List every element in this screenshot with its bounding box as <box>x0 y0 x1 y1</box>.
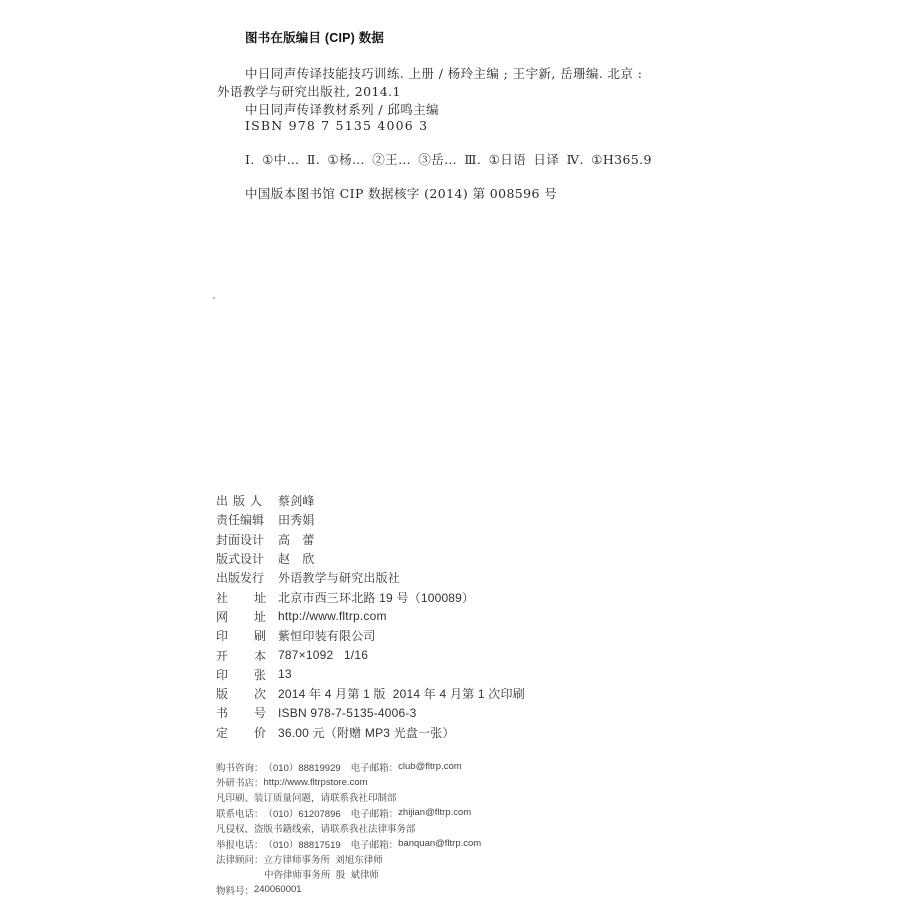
key-char: 张 <box>254 666 266 683</box>
cip-title: 图书在版编目 (CIP) 数据 <box>245 28 384 46</box>
key-char: 任 <box>228 511 240 528</box>
colophon-key: 版 式 设 计 <box>216 550 268 567</box>
colophon-value: ISBN 978-7-5135-4006-3 <box>278 706 417 720</box>
key-char: 开 <box>216 647 228 664</box>
contact-row-quality-contact: 联系电话： （010）61207896 电子邮箱： zhijian@fltrp.… <box>216 805 481 820</box>
key-char: 出 <box>216 492 228 509</box>
bookstore-url: http://www.fltrpstore.com <box>264 777 368 788</box>
key-char: 辑 <box>252 511 264 528</box>
contact-label: 电子邮箱： <box>351 837 399 851</box>
cip-line-title: 中日同声传译技能技巧训练. 上册 / 杨玲主编 ; 王宇新, 岳珊编. 北京 : <box>245 64 642 82</box>
contact-label: 物料号： <box>216 883 254 897</box>
colophon-key: 网 址 <box>216 608 266 625</box>
key-char: 址 <box>254 608 266 625</box>
colophon-table: 出 版 人 蔡剑峰 责 任 编 辑 田秀娟 封 面 设 计 <box>216 491 525 742</box>
colophon-value: 高 蕾 <box>278 531 315 548</box>
contact-row-legal: 法律顾问： 立方律师事务所 刘旭东律师 <box>216 851 481 866</box>
contact-label: 购书咨询： <box>216 760 264 774</box>
legal-counsel-2: 中咨律师事务所 殷 斌律师 <box>264 867 379 881</box>
colophon-row-cover-design: 封 面 设 计 高 蕾 <box>216 530 525 549</box>
colophon-value: http://www.fltrp.com <box>278 609 387 623</box>
colophon-row-format: 开 本 787×1092 1/16 <box>216 645 525 664</box>
contact-row-purchase: 购书咨询： （010）88819929 电子邮箱： club@fltrp.com <box>216 759 481 774</box>
piracy-notice: 凡侵权、盗版书籍线索，请联系我社法律事务部 <box>216 821 416 835</box>
colophon-value: 田秀娟 <box>278 511 315 528</box>
key-char: 书 <box>216 704 228 721</box>
key-char: 封 <box>216 531 228 548</box>
key-char: 责 <box>216 511 228 528</box>
colophon-row-website: 网 址 http://www.fltrp.com <box>216 607 525 626</box>
colophon-key: 封 面 设 计 <box>216 531 268 548</box>
cip-line-publisher: 外语教学与研究出版社, 2014.1 <box>217 82 401 100</box>
colophon-key: 定 价 <box>216 724 266 741</box>
colophon-key: 书 号 <box>216 704 266 721</box>
colophon-value: 36.00 元（附赠 MP3 光盘一张） <box>278 724 455 741</box>
key-char: 编 <box>240 511 252 528</box>
print-speck <box>213 297 215 299</box>
cip-line-series: 中日同声传译教材系列 / 邱鸣主编 <box>245 100 439 118</box>
contact-row-bookstore: 外研书店： http://www.fltrpstore.com <box>216 774 481 789</box>
key-char: 印 <box>216 666 228 683</box>
colophon-key: 印 张 <box>216 666 266 683</box>
colophon-value: 北京市西三环北路 19 号（100089） <box>278 589 474 606</box>
colophon-key: 印 刷 <box>216 627 266 644</box>
contact-label: 联系电话： <box>216 806 264 820</box>
colophon-value: 赵 欣 <box>278 550 315 567</box>
contact-row-quality-notice: 凡印刷、装订质量问题，请联系我社印制部 <box>216 790 481 805</box>
quality-email: zhijian@fltrp.com <box>398 807 471 818</box>
key-char: 设 <box>240 550 252 567</box>
colophon-row-edition: 版 次 2014 年 4 月第 1 版 2014 年 4 月第 1 次印刷 <box>216 684 525 703</box>
copyright-page: 图书在版编目 (CIP) 数据 中日同声传译技能技巧训练. 上册 / 杨玲主编 … <box>0 0 900 900</box>
contact-row-piracy-notice: 凡侵权、盗版书籍线索，请联系我社法律事务部 <box>216 821 481 836</box>
colophon-row-editor: 责 任 编 辑 田秀娟 <box>216 510 525 529</box>
key-char: 本 <box>254 647 266 664</box>
key-char: 版 <box>216 685 228 702</box>
colophon-key: 出 版 人 <box>216 492 262 509</box>
quality-notice: 凡印刷、装订质量问题，请联系我社印制部 <box>216 790 397 804</box>
contact-row-material-number: 物料号： 240060001 <box>216 882 481 897</box>
legal-counsel-1: 立方律师事务所 刘旭东律师 <box>264 852 383 866</box>
colophon-row-layout-design: 版 式 设 计 赵 欣 <box>216 549 525 568</box>
key-char: 印 <box>216 627 228 644</box>
key-char: 次 <box>254 685 266 702</box>
key-char: 行 <box>252 569 264 586</box>
colophon-row-distribution: 出 版 发 行 外语教学与研究出版社 <box>216 568 525 587</box>
colophon-value: 外语教学与研究出版社 <box>278 569 400 586</box>
key-char: 式 <box>228 550 240 567</box>
key-char: 计 <box>252 531 264 548</box>
contact-row-report: 举报电话： （010）88817519 电子邮箱： banquan@fltrp.… <box>216 836 481 851</box>
report-phone: （010）88817519 <box>264 837 341 851</box>
key-char: 号 <box>254 704 266 721</box>
contact-label: 电子邮箱： <box>351 806 399 820</box>
quality-phone: （010）61207896 <box>264 806 341 820</box>
colophon-row-isbn: 书 号 ISBN 978-7-5135-4006-3 <box>216 703 525 722</box>
key-char: 发 <box>240 569 252 586</box>
key-char: 址 <box>254 589 266 606</box>
contact-row-legal-2: 中咨律师事务所 殷 斌律师 <box>216 867 481 882</box>
colophon-row-sheets: 印 张 13 <box>216 665 525 684</box>
contact-label: 法律顾问： <box>216 852 264 866</box>
purchase-email: club@fltrp.com <box>398 761 462 772</box>
colophon-value: 紫恒印装有限公司 <box>278 627 376 644</box>
colophon-row-publisher: 出 版 人 蔡剑峰 <box>216 491 525 510</box>
colophon-key: 版 次 <box>216 685 266 702</box>
key-char: 定 <box>216 724 228 741</box>
key-char: 价 <box>254 724 266 741</box>
contact-label: 举报电话： <box>216 837 264 851</box>
key-char: 计 <box>252 550 264 567</box>
contact-label: 电子邮箱： <box>351 760 399 774</box>
key-char: 面 <box>228 531 240 548</box>
key-char: 版 <box>216 550 228 567</box>
cip-line-record-number: 中国版本图书馆 CIP 数据核字 (2014) 第 008596 号 <box>245 184 557 202</box>
key-char: 出 <box>216 569 228 586</box>
colophon-value: 787×1092 1/16 <box>278 648 368 662</box>
colophon-value: 蔡剑峰 <box>278 492 315 509</box>
contact-block: 购书咨询： （010）88819929 电子邮箱： club@fltrp.com… <box>216 759 481 898</box>
cip-line-classification: Ⅰ. ①中… Ⅱ. ①杨… ②王… ③岳… Ⅲ. ①日语 日译 Ⅳ. ①H365… <box>245 150 652 168</box>
colophon-key: 社 址 <box>216 589 266 606</box>
key-char: 网 <box>216 608 228 625</box>
colophon-row-printer: 印 刷 紫恒印装有限公司 <box>216 626 525 645</box>
key-char: 版 <box>233 492 245 509</box>
colophon-row-address: 社 址 北京市西三环北路 19 号（100089） <box>216 587 525 606</box>
key-char: 设 <box>240 531 252 548</box>
colophon-key: 开 本 <box>216 647 266 664</box>
report-email: banquan@fltrp.com <box>398 838 481 849</box>
colophon-value: 2014 年 4 月第 1 版 2014 年 4 月第 1 次印刷 <box>278 685 525 702</box>
key-char: 人 <box>250 492 262 509</box>
colophon-key: 责 任 编 辑 <box>216 511 268 528</box>
cip-line-isbn: ISBN 978 7 5135 4006 3 <box>245 118 428 133</box>
contact-label: 外研书店： <box>216 775 264 789</box>
colophon-row-price: 定 价 36.00 元（附赠 MP3 光盘一张） <box>216 723 525 742</box>
colophon-key: 出 版 发 行 <box>216 569 268 586</box>
material-number: 240060001 <box>254 884 302 895</box>
key-char: 版 <box>228 569 240 586</box>
colophon-value: 13 <box>278 667 292 681</box>
key-char: 社 <box>216 589 228 606</box>
purchase-phone: （010）88819929 <box>264 760 341 774</box>
key-char: 刷 <box>254 627 266 644</box>
